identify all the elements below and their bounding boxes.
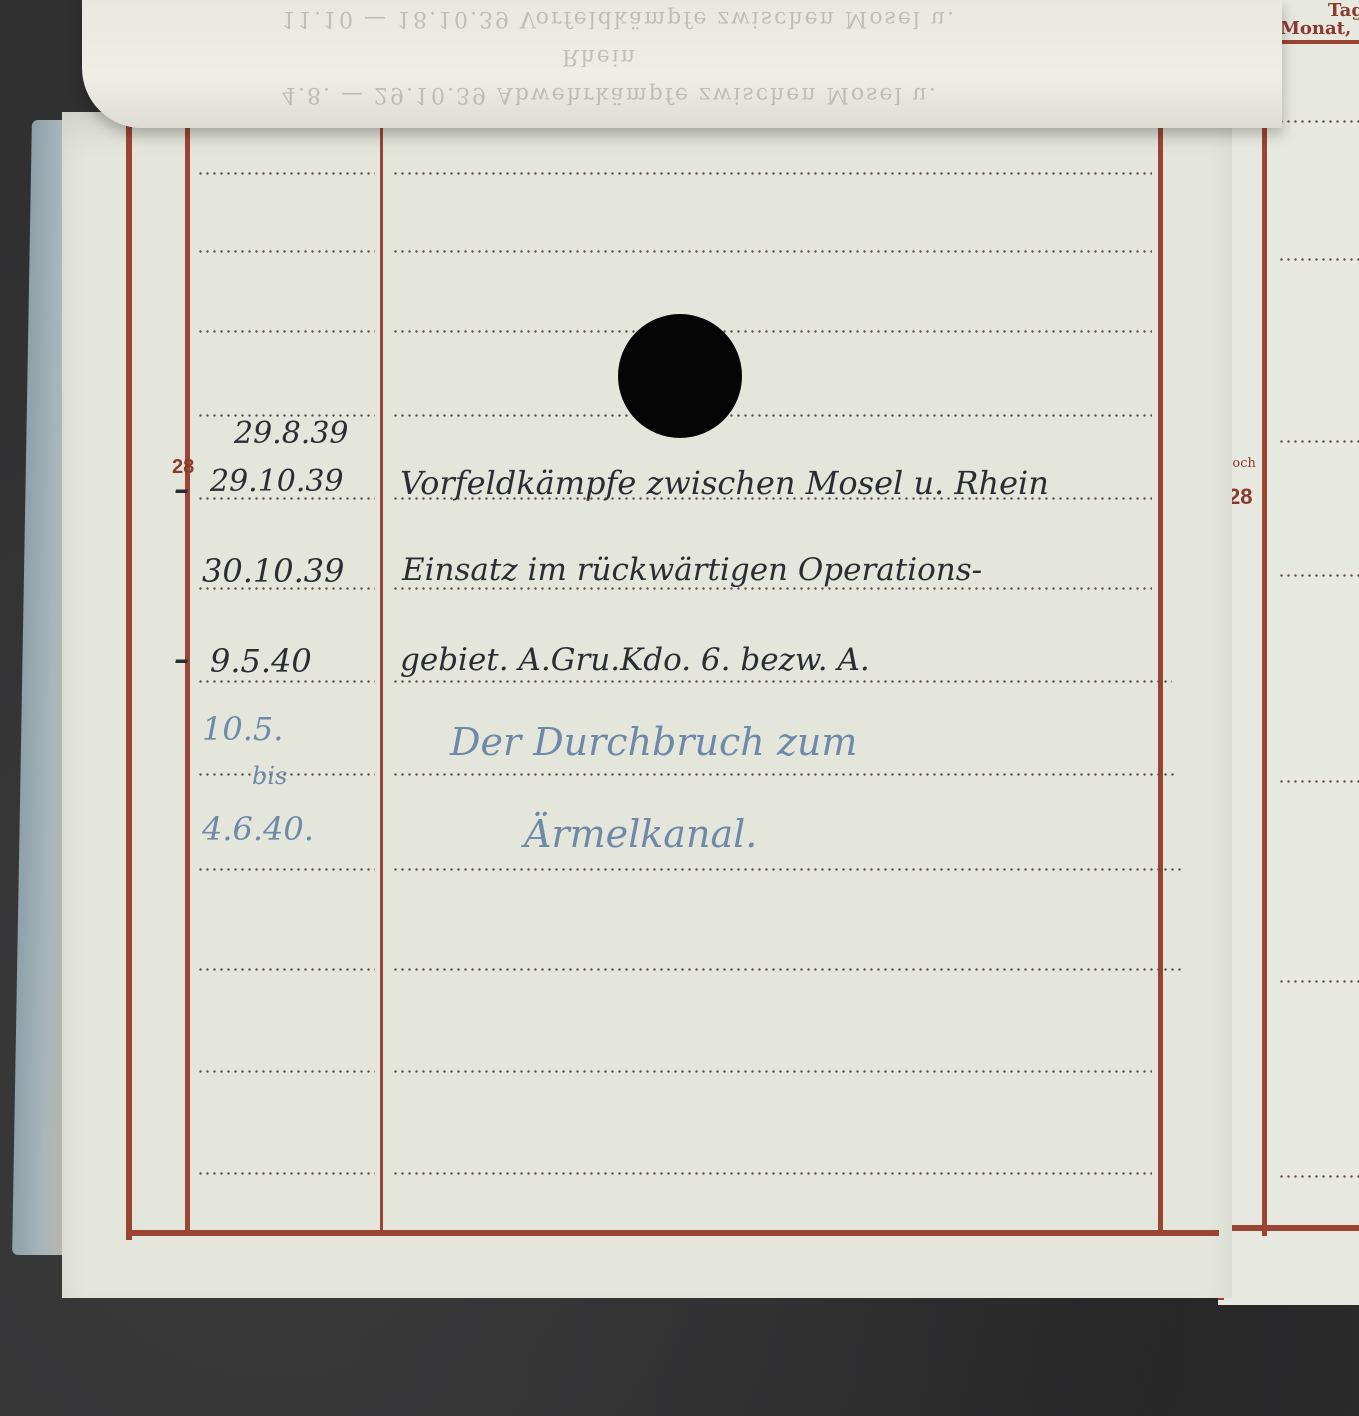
dotted-line (392, 773, 1177, 776)
date-column-rule (380, 118, 383, 1232)
dotted-line (197, 172, 375, 175)
dotted-line (197, 330, 375, 333)
dotted-line (1278, 258, 1359, 261)
dotted-line (392, 172, 1152, 175)
right-page-col-rule (1262, 36, 1267, 1236)
entry-2-date-to: 9.5.40 (210, 642, 312, 680)
dotted-line (1278, 574, 1359, 577)
dash-mark: – (174, 472, 189, 507)
right-page-bottom-rule (1218, 1225, 1359, 1231)
dotted-line (392, 868, 1182, 871)
dotted-line (197, 680, 375, 683)
dotted-line (392, 1070, 1152, 1073)
dotted-line (392, 250, 1152, 253)
entry-3-text-line2: Ärmelkanal. (524, 812, 757, 856)
entry-2-text-line2: gebiet. A.Gru.Kdo. 6. bezw. A. (400, 642, 870, 678)
entry-1-date-to: 29.10.39 (210, 464, 344, 499)
dotted-line (197, 968, 375, 971)
entry-2-date-from: 30.10.39 (202, 552, 345, 590)
dotted-line (1278, 120, 1359, 123)
dotted-line (392, 968, 1182, 971)
dotted-line (197, 250, 375, 253)
dotted-line (392, 330, 1152, 333)
entry-1-date-from: 29.8.39 (234, 416, 349, 451)
right-page-header-rule (1278, 40, 1359, 44)
dotted-line (197, 1172, 375, 1175)
right-header-monat: Monat, (1280, 18, 1351, 39)
entry-2-text-line1: Einsatz im rückwärtigen Operations- (402, 552, 982, 588)
curled-faint-text-2: Rhein (562, 44, 637, 69)
right-margin-rule (1158, 124, 1163, 1232)
dotted-line (197, 868, 375, 871)
entry-3-date-from: 10.5. (202, 710, 283, 748)
dotted-line (392, 1172, 1152, 1175)
curled-faint-text-1: 11.10 — 18.10.39 Vorfeldkämpfe zwischen … (282, 6, 956, 31)
redaction-circle (618, 314, 742, 438)
dotted-line (1278, 980, 1359, 983)
dotted-line (1278, 780, 1359, 783)
left-page: 28 – – 29.8.39 29.10.39 Vorfeldkämpfe zw… (62, 112, 1232, 1298)
entry-1-text: Vorfeldkämpfe zwischen Mosel u. Rhein (400, 464, 1049, 502)
right-page: Tag Monat, noch 28 (1218, 0, 1359, 1305)
dash-mark: – (174, 642, 189, 677)
outer-margin-rule (126, 114, 132, 1240)
curled-page: 11.10 — 18.10.39 Vorfeldkämpfe zwischen … (82, 0, 1282, 128)
curled-faint-text-3: 4.8. — 29.10.39 Abwehrkämpfe zwischen Mo… (282, 82, 938, 107)
dotted-line (1278, 1175, 1359, 1178)
dotted-line (392, 680, 1172, 683)
bottom-rule (126, 1230, 1219, 1236)
entry-3-text-line1: Der Durchbruch zum (450, 720, 857, 764)
dotted-line (197, 1070, 375, 1073)
entry-3-date-to: 4.6.40. (202, 810, 314, 848)
dotted-line (1278, 440, 1359, 443)
dotted-line (392, 414, 1152, 417)
entry-3-date-separator: bis (252, 762, 287, 790)
